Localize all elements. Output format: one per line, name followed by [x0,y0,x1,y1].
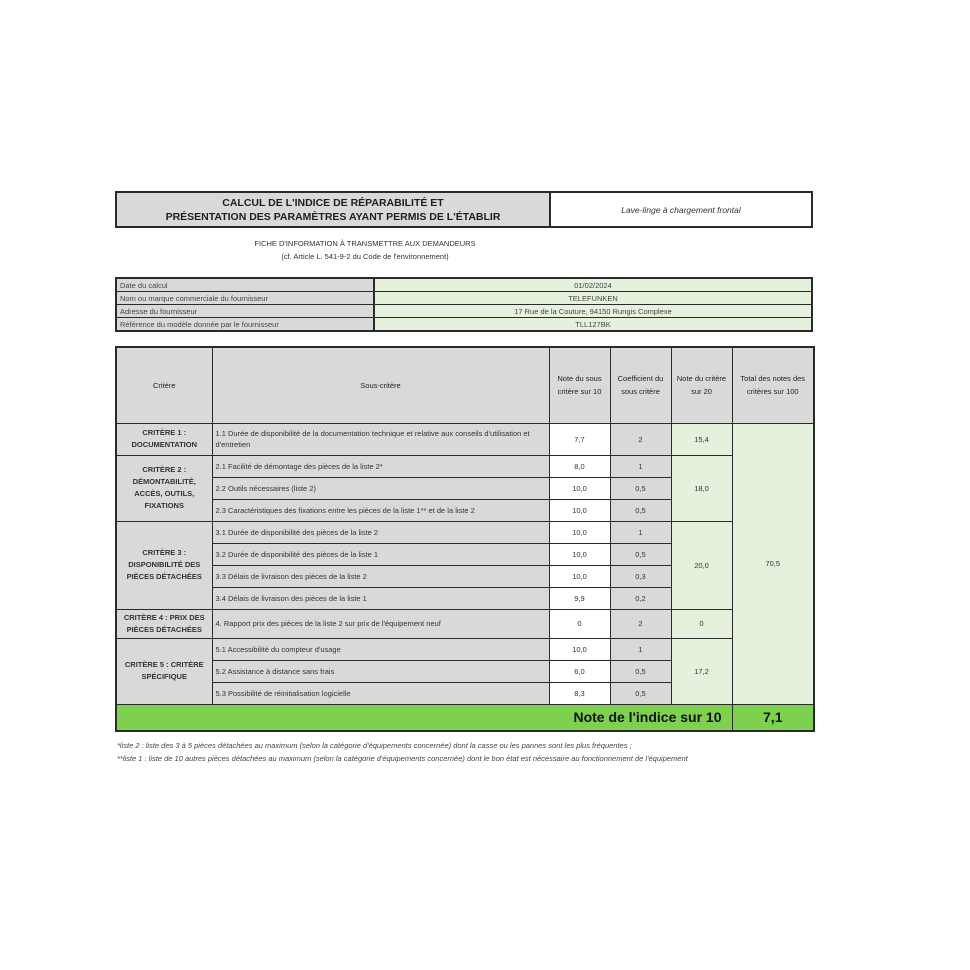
sub-criterion-note: 9,9 [549,587,610,609]
info-label: Nom ou marque commerciale du fournisseur [116,292,374,305]
footnote-1: *liste 2 : liste des 3 à 5 pièces détach… [117,740,817,753]
header-coefficient: Coefficient du sous critère [610,347,671,423]
sub-criterion-coefficient: 0,5 [610,499,671,521]
info-row: Nom ou marque commerciale du fournisseur… [116,292,812,305]
sub-criterion-note: 7,7 [549,423,610,455]
sub-criterion-note: 0 [549,609,610,638]
info-value: 17 Rue de la Couture, 94150 Rungis Compl… [374,305,812,318]
sub-criterion-note: 6,0 [549,660,610,682]
sub-criterion-coefficient: 0,5 [610,477,671,499]
sub-criterion-note: 8,0 [549,455,610,477]
supplier-info-table: Date du calcul01/02/2024Nom ou marque co… [115,277,813,332]
table-row: CRITÈRE 5 : CRITÈRE SPÉCIFIQUE5.1 Access… [116,638,814,660]
table-row: CRITÈRE 2 : DÉMONTABILITÉ, ACCÈS, OUTILS… [116,455,814,477]
sub-criterion-note: 10,0 [549,565,610,587]
criterion-label: CRITÈRE 2 : DÉMONTABILITÉ, ACCÈS, OUTILS… [116,455,212,521]
criterion-label: CRITÈRE 5 : CRITÈRE SPÉCIFIQUE [116,638,212,704]
sub-criterion-coefficient: 1 [610,521,671,543]
subtitle: FICHE D'INFORMATION À TRANSMETTRE AUX DE… [200,237,530,263]
sub-criterion-label: 3.4 Délais de livraison des pièces de la… [212,587,549,609]
sub-criterion-label: 1.1 Durée de disponibilité de la documen… [212,423,549,455]
header-total: Total des notes des critères sur 100 [732,347,814,423]
sub-criterion-label: 5.3 Possibilité de réinitialisation logi… [212,682,549,704]
document-title: CALCUL DE L'INDICE DE RÉPARABILITÉ ET PR… [117,193,551,226]
sub-criterion-coefficient: 1 [610,455,671,477]
info-label: Adresse du fournisseur [116,305,374,318]
header-note-sous-critere: Note du sous critère sur 10 [549,347,610,423]
title-line-2: PRÉSENTATION DES PARAMÈTRES AYANT PERMIS… [166,210,501,224]
sub-criterion-coefficient: 0,5 [610,543,671,565]
total-score: 70,5 [732,423,814,704]
final-score-row: Note de l'indice sur 107,1 [116,704,814,731]
sub-criterion-coefficient: 2 [610,609,671,638]
sub-criterion-note: 10,0 [549,499,610,521]
sub-criterion-coefficient: 0,5 [610,682,671,704]
info-value: TLL127BK [374,318,812,332]
sub-criterion-coefficient: 1 [610,638,671,660]
sub-criterion-label: 3.1 Durée de disponibilité des pièces de… [212,521,549,543]
info-label: Référence du modèle donnée par le fourni… [116,318,374,332]
sub-criterion-coefficient: 0,2 [610,587,671,609]
criterion-label: CRITÈRE 1 : DOCUMENTATION [116,423,212,455]
criterion-label: CRITÈRE 4 : PRIX DES PIÈCES DÉTACHÉES [116,609,212,638]
sub-criterion-note: 10,0 [549,477,610,499]
sub-criterion-label: 5.1 Accessibilité du compteur d'usage [212,638,549,660]
criterion-score: 18,0 [671,455,732,521]
info-label: Date du calcul [116,278,374,292]
table-header-row: Critère Sous-critère Note du sous critèr… [116,347,814,423]
criterion-score: 20,0 [671,521,732,609]
sub-criterion-label: 5.2 Assistance à distance sans frais [212,660,549,682]
info-value: 01/02/2024 [374,278,812,292]
title-line-1: CALCUL DE L'INDICE DE RÉPARABILITÉ ET [222,196,443,210]
sub-criterion-note: 8,3 [549,682,610,704]
criterion-score: 0 [671,609,732,638]
sub-criterion-label: 3.3 Délais de livraison des pièces de la… [212,565,549,587]
sub-criterion-coefficient: 2 [610,423,671,455]
footnote-2: **liste 1 : liste de 10 autres pièces dé… [117,753,817,766]
subtitle-line-1: FICHE D'INFORMATION À TRANSMETTRE AUX DE… [200,237,530,250]
info-row: Adresse du fournisseur17 Rue de la Coutu… [116,305,812,318]
header-note-critere: Note du critère sur 20 [671,347,732,423]
sub-criterion-note: 10,0 [549,521,610,543]
sub-criterion-coefficient: 0,5 [610,660,671,682]
criterion-score: 17,2 [671,638,732,704]
criterion-score: 15,4 [671,423,732,455]
sub-criterion-coefficient: 0,3 [610,565,671,587]
sub-criterion-label: 2.1 Facilité de démontage des pièces de … [212,455,549,477]
sub-criterion-label: 2.2 Outils nécessaires (liste 2) [212,477,549,499]
sub-criterion-label: 3.2 Durée de disponibilité des pièces de… [212,543,549,565]
sub-criterion-note: 10,0 [549,638,610,660]
product-type: Lave-linge à chargement frontal [551,193,811,226]
table-row: CRITÈRE 4 : PRIX DES PIÈCES DÉTACHÉES4. … [116,609,814,638]
sub-criterion-label: 4. Rapport prix des pièces de la liste 2… [212,609,549,638]
final-score-label: Note de l'indice sur 10 [116,704,732,731]
header-sous-critere: Sous-critère [212,347,549,423]
info-value: TELEFUNKEN [374,292,812,305]
criterion-label: CRITÈRE 3 : DISPONIBILITÉ DES PIÈCES DÉT… [116,521,212,609]
repairability-table: Critère Sous-critère Note du sous critèr… [115,346,815,732]
table-row: CRITÈRE 1 : DOCUMENTATION1.1 Durée de di… [116,423,814,455]
info-row: Date du calcul01/02/2024 [116,278,812,292]
sub-criterion-note: 10,0 [549,543,610,565]
table-row: CRITÈRE 3 : DISPONIBILITÉ DES PIÈCES DÉT… [116,521,814,543]
sub-criterion-label: 2.3 Caractéristiques des fixations entre… [212,499,549,521]
subtitle-line-2: (cf. Article L. 541-9-2 du Code de l'env… [200,250,530,263]
info-row: Référence du modèle donnée par le fourni… [116,318,812,332]
header-critere: Critère [116,347,212,423]
title-box: CALCUL DE L'INDICE DE RÉPARABILITÉ ET PR… [115,191,813,228]
footnotes: *liste 2 : liste des 3 à 5 pièces détach… [117,740,817,765]
final-score-value: 7,1 [732,704,814,731]
